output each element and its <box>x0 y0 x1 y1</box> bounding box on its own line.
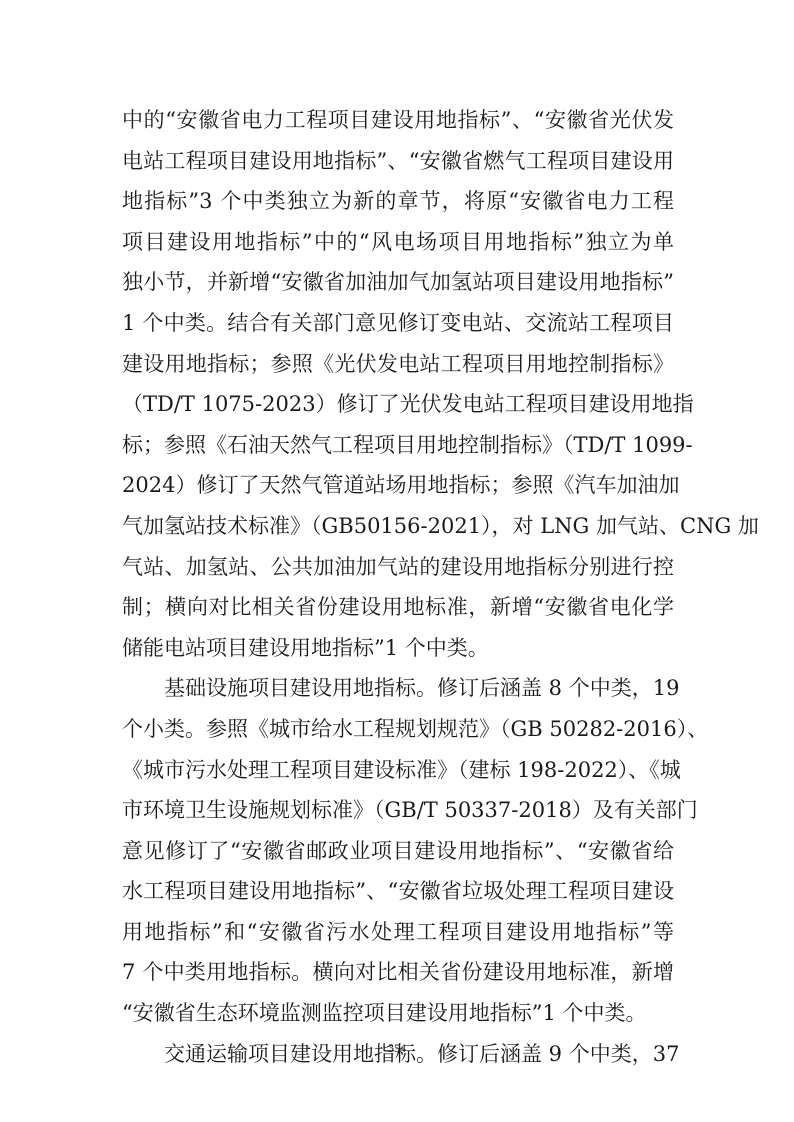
text-line: 储能电站项目建设用地指标”1 个中类。 <box>122 628 674 669</box>
text-line: （TD/T 1075-2023）修订了光伏发电站工程项目建设用地指 <box>122 384 674 425</box>
text-line: 1 个中类。结合有关部门意见修订变电站、交流站工程项目 <box>122 303 674 344</box>
text-line: 建设用地指标；参照《光伏发电站工程项目用地控制指标》 <box>122 344 674 385</box>
text-line: 《城市污水处理工程项目建设标准》（建标 198-2022）、《城 <box>122 750 674 791</box>
text-line: 意见修订了“安徽省邮政业项目建设用地指标”、“安徽省给 <box>122 831 674 872</box>
document-body: 中的“安徽省电力工程项目建设用地指标”、“安徽省光伏发 电站工程项目建设用地指标… <box>122 100 674 1074</box>
text-line: 市环境卫生设施规划标准》（GB/T 50337-2018）及有关部门 <box>122 790 674 831</box>
text-line: 标；参照《石油天然气工程项目用地控制指标》（TD/T 1099- <box>122 425 674 466</box>
text-line: 中的“安徽省电力工程项目建设用地指标”、“安徽省光伏发 <box>122 100 674 141</box>
text-line: 水工程项目建设用地指标”、“安徽省垃圾处理工程项目建设 <box>122 871 674 912</box>
text-line: “安徽省生态环境监测监控项目建设用地指标”1 个中类。 <box>122 993 674 1034</box>
page-number: 354 <box>0 1041 794 1056</box>
text-line: 个小类。参照《城市给水工程规划规范》（GB 50282-2016）、 <box>122 709 674 750</box>
paragraph-energy-continued: 中的“安徽省电力工程项目建设用地指标”、“安徽省光伏发 电站工程项目建设用地指标… <box>122 100 674 668</box>
text-line: 用地指标”和“安徽省污水处理工程项目建设用地指标”等 <box>122 912 674 953</box>
text-line: 基础设施项目建设用地指标。修订后涵盖 8 个中类，19 <box>122 668 674 709</box>
text-line: 7 个中类用地指标。横向对比相关省份建设用地标准，新增 <box>122 952 674 993</box>
paragraph-infrastructure: 基础设施项目建设用地指标。修订后涵盖 8 个中类，19 个小类。参照《城市给水工… <box>122 668 674 1033</box>
text-line: 2024）修订了天然气管道站场用地指标；参照《汽车加油加 <box>122 465 674 506</box>
text-line: 电站工程项目建设用地指标”、“安徽省燃气工程项目建设用 <box>122 141 674 182</box>
text-line: 项目建设用地指标”中的“风电场项目用地指标”独立为单 <box>122 222 674 263</box>
text-line: 气站、加氢站、公共加油加气站的建设用地指标分别进行控 <box>122 547 674 588</box>
text-line: 制；横向对比相关省份建设用地标准，新增“安徽省电化学 <box>122 587 674 628</box>
text-line: 地指标”3 个中类独立为新的章节，将原“安徽省电力工程 <box>122 181 674 222</box>
text-line: 独小节，并新增“安徽省加油加气加氢站项目建设用地指标” <box>122 262 674 303</box>
text-line: 气加氢站技术标准》（GB50156-2021），对 LNG 加气站、CNG 加 <box>122 506 674 547</box>
